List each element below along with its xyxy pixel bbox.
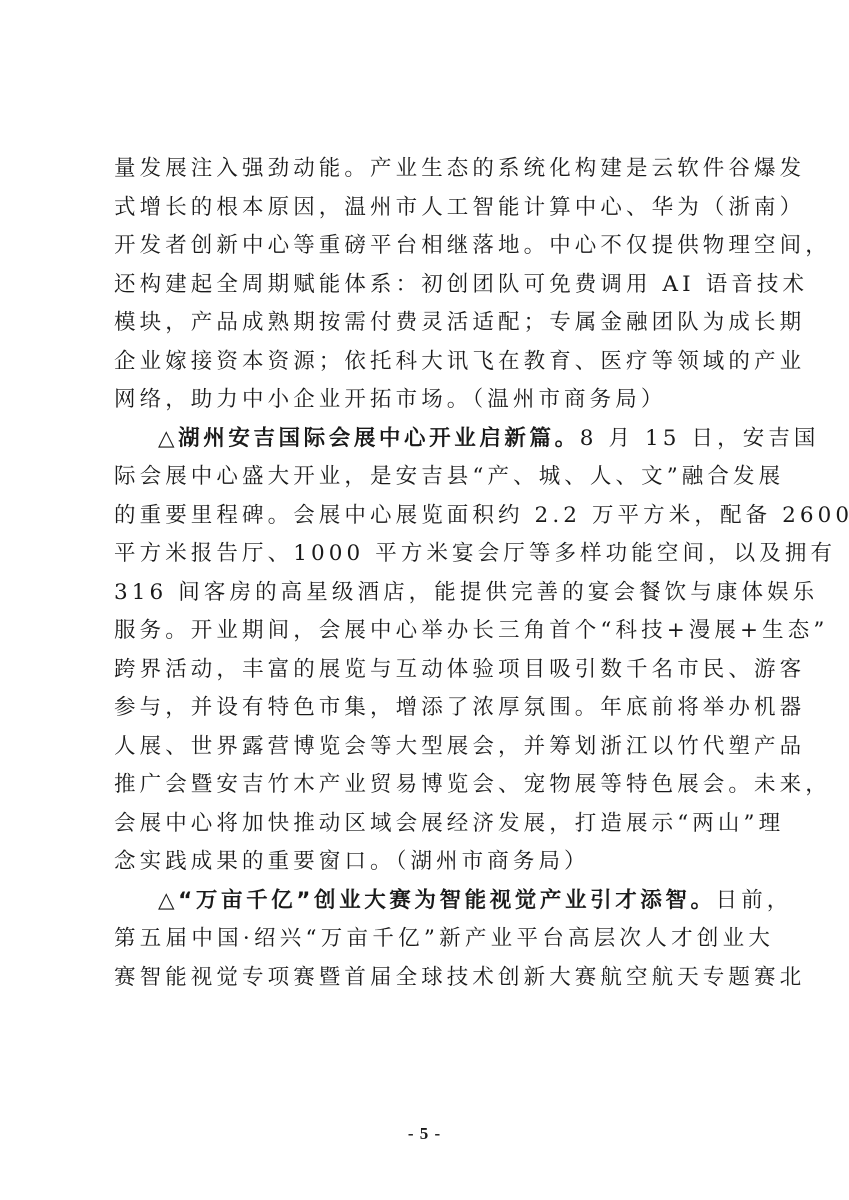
- text-line: 的重要里程碑。会展中心展览面积约 2.2 万平方米，配备 2600: [114, 497, 774, 535]
- text-line: 还构建起全周期赋能体系：初创团队可免费调用 AI 语音技术: [114, 266, 774, 304]
- text-line: 推广会暨安吉竹木产业贸易博览会、宠物展等特色展会。未来，: [114, 766, 774, 804]
- text-line: 平方米报告厅、1000 平方米宴会厅等多样功能空间，以及拥有: [114, 535, 774, 573]
- text-line: 企业嫁接资本资源；依托科大讯飞在教育、医疗等领域的产业: [114, 343, 774, 381]
- text-line: 跨界活动，丰富的展览与互动体验项目吸引数千名市民、游客: [114, 651, 774, 689]
- text-line: 念实践成果的重要窗口。（湖州市商务局）: [114, 843, 774, 881]
- text-line: 服务。开业期间，会展中心举办长三角首个“科技+漫展+生态”: [114, 612, 774, 650]
- text-line: 式增长的根本原因，温州市人工智能计算中心、华为（浙南）: [114, 189, 774, 227]
- paragraph-heading-line: △湖州安吉国际会展中心开业启新篇。8 月 15 日，安吉国: [158, 420, 774, 458]
- text-line: 第五届中国·绍兴“万亩千亿”新产业平台高层次人才创业大: [114, 920, 774, 958]
- document-page: 量发展注入强劲动能。产业生态的系统化构建是云软件谷爆发 式增长的根本原因，温州市…: [0, 0, 849, 1200]
- text-line: 量发展注入强劲动能。产业生态的系统化构建是云软件谷爆发: [114, 150, 774, 188]
- text-line: 人展、世界露营博览会等大型展会，并筹划浙江以竹代塑产品: [114, 728, 774, 766]
- text-line: 网络，助力中小企业开拓市场。（温州市商务局）: [114, 381, 774, 419]
- text-line: 会展中心将加快推动区域会展经济发展，打造展示“两山”理: [114, 805, 774, 843]
- paragraph-heading-line: △“万亩千亿”创业大赛为智能视觉产业引才添智。日前，: [158, 882, 774, 920]
- text-line: 模块，产品成熟期按需付费灵活适配；专属金融团队为成长期: [114, 304, 774, 342]
- page-number: - 5 -: [0, 1124, 849, 1144]
- text-line: 赛智能视觉专项赛暨首届全球技术创新大赛航空航天专题赛北: [114, 959, 774, 997]
- paragraph-heading: △“万亩千亿”创业大赛为智能视觉产业引才添智。: [158, 888, 716, 913]
- text-line: 316 间客房的高星级酒店，能提供完善的宴会餐饮与康体娱乐: [114, 574, 774, 612]
- text-line: 际会展中心盛大开业，是安吉县“产、城、人、文”融合发展: [114, 458, 774, 496]
- text-line: 参与，并设有特色市集，增添了浓厚氛围。年底前将举办机器: [114, 689, 774, 727]
- text-span: 8 月 15 日，安吉国: [580, 426, 820, 451]
- text-line: 开发者创新中心等重磅平台相继落地。中心不仅提供物理空间，: [114, 227, 774, 265]
- paragraph-heading: △湖州安吉国际会展中心开业启新篇。: [158, 426, 580, 451]
- text-span: 日前，: [716, 888, 793, 913]
